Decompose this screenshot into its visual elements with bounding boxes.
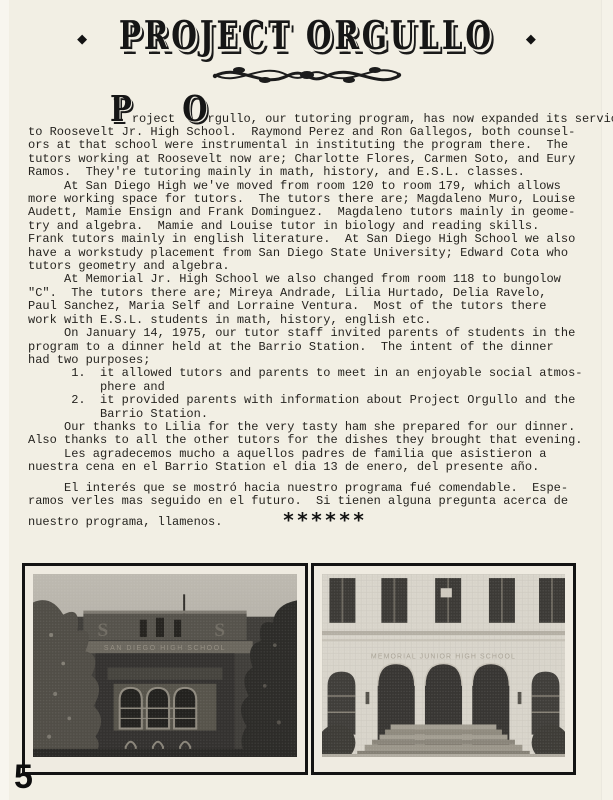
paragraph-spanish-closing-text: El interés que se mostró hacia nuestro p… [28,482,594,509]
article-body: Project Orgullo, our tutoring program, h… [28,98,594,530]
title-dot-left-icon: ◆ [77,31,87,47]
title-dot-right-icon: ◆ [526,31,536,47]
ornament-flourish-icon [209,63,405,87]
closing-line: nuestro programa, llamenos. ****** [28,508,594,529]
title-row: ◆ PROJECT ORGULLO ◆ [0,24,613,58]
page-number: 5 [14,760,33,794]
paragraph-san-diego-high: At San Diego High we've moved from room … [28,180,594,274]
paragraph-intro: Project Orgullo, our tutoring program, h… [28,98,594,180]
paragraph-spanish-closing: El interés que se mostró hacia nuestro p… [28,482,594,530]
scan-edge-left [0,0,9,800]
photo-san-diego-high: S S SAN DIEGO HIGH SCHOOL [22,563,308,775]
asterisk-divider: ****** [282,510,366,530]
photo-strip: S S SAN DIEGO HIGH SCHOOL [22,563,576,775]
page-title: PROJECT ORGULLO [119,14,494,58]
dropcap-line: Project Orgullo, our tutoring program, h… [28,98,594,126]
photo-memorial-jr-high: MEMORIAL JUNIOR HIGH SCHOOL [311,563,576,775]
paragraph-spanish-thanks: Les agradecemos mucho a aquellos padres … [28,448,594,475]
paragraph-thanks: Our thanks to Lilia for the very tasty h… [28,421,594,448]
paragraph-intro-text: to Roosevelt Jr. High School. Raymond Pe… [28,126,594,180]
paragraph-dinner: On January 14, 1975, our tutor staff inv… [28,327,594,421]
dropcap-o: O [182,92,207,127]
closing-line-text: nuestro programa, llamenos. [28,516,222,529]
masthead: ◆ PROJECT ORGULLO ◆ [0,24,613,92]
dropcap-p: P [110,92,132,127]
paragraph-memorial-jr-high: At Memorial Jr. High School we also chan… [28,273,594,327]
